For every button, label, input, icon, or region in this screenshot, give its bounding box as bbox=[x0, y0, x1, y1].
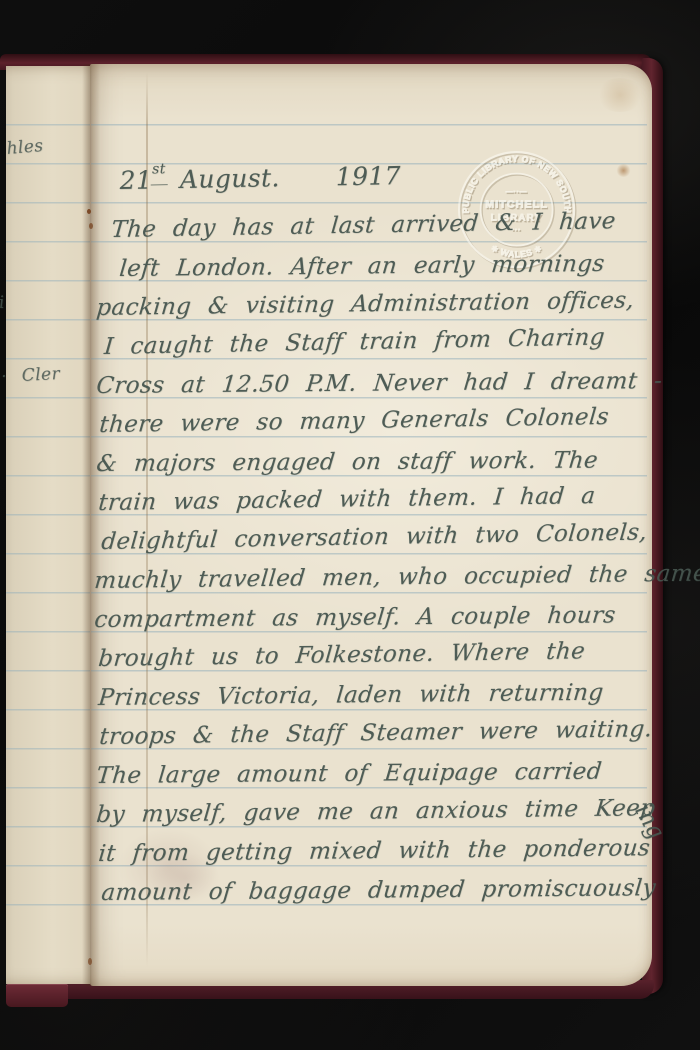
diary-date-day: 21 bbox=[119, 165, 152, 195]
photographed-diary-scene: PUBLIC LIBRARY OF NEW SOUTH ∗ WALES ∗ —·… bbox=[0, 0, 700, 1050]
binding-stitch-mark bbox=[88, 958, 92, 965]
stamp-inner-top-mark: —··— bbox=[506, 189, 527, 196]
diary-line: it from getting mixed with the ponderous bbox=[97, 833, 652, 869]
diary-date-line: 21stAugust.1917 bbox=[119, 161, 401, 201]
diary-line: Princess Victoria, laden with returning bbox=[97, 678, 605, 713]
notebook-cover-corner-tab bbox=[6, 984, 68, 1007]
diary-date-month: August. bbox=[180, 163, 280, 194]
diary-line-text: by myself, gave me an anxious time Keep bbox=[95, 795, 656, 828]
facing-page-fragment: · Cler bbox=[0, 359, 60, 392]
diary-line: Cross at 12.50 P.M. Never had I dreamt - bbox=[95, 366, 664, 401]
diary-date-year: 1917 bbox=[335, 161, 401, 191]
ink-spot-stain bbox=[616, 164, 631, 177]
binding-gutter-shadow bbox=[82, 64, 100, 986]
facing-page-fragment: hles bbox=[5, 131, 44, 164]
diary-line: amount of baggage dumped promiscuously bbox=[100, 873, 657, 908]
binding-stitch-mark bbox=[89, 223, 93, 229]
diary-date-ordinal: st bbox=[150, 154, 168, 185]
diary-line: The large amount of Equipage carried bbox=[95, 757, 603, 791]
foxing-stain bbox=[596, 78, 644, 112]
facing-page-ruled-lines bbox=[6, 124, 90, 907]
binding-stitch-mark bbox=[87, 209, 91, 214]
diary-line: compartment as myself. A couple hours bbox=[93, 600, 617, 635]
diary-line: left London. After an early mornings bbox=[118, 249, 606, 284]
diary-line: & majors engaged on staff work. The bbox=[95, 445, 599, 479]
